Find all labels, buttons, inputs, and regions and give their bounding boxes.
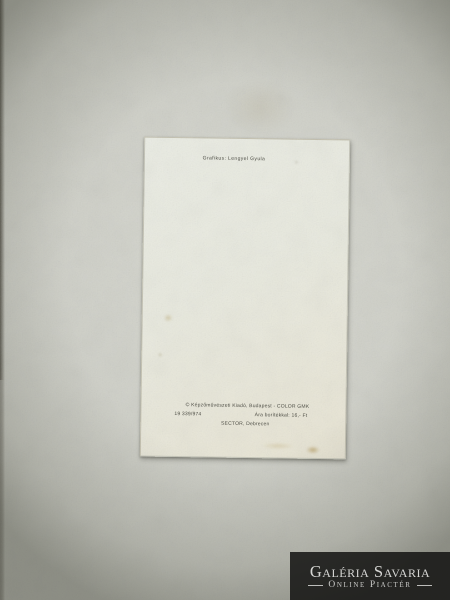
watermark-dash-left [308, 585, 323, 586]
photo-vignette [0, 0, 450, 600]
photo-scene: Grafikus: Lengyel Gyula © Képzőművészeti… [0, 0, 450, 600]
marketplace-watermark: Galéria Savaria Online Piactér [290, 552, 450, 600]
watermark-title: Galéria Savaria [310, 564, 430, 579]
watermark-subtitle: Online Piactér [328, 581, 411, 590]
watermark-dash-right [417, 585, 432, 586]
watermark-subtitle-row: Online Piactér [308, 581, 431, 590]
